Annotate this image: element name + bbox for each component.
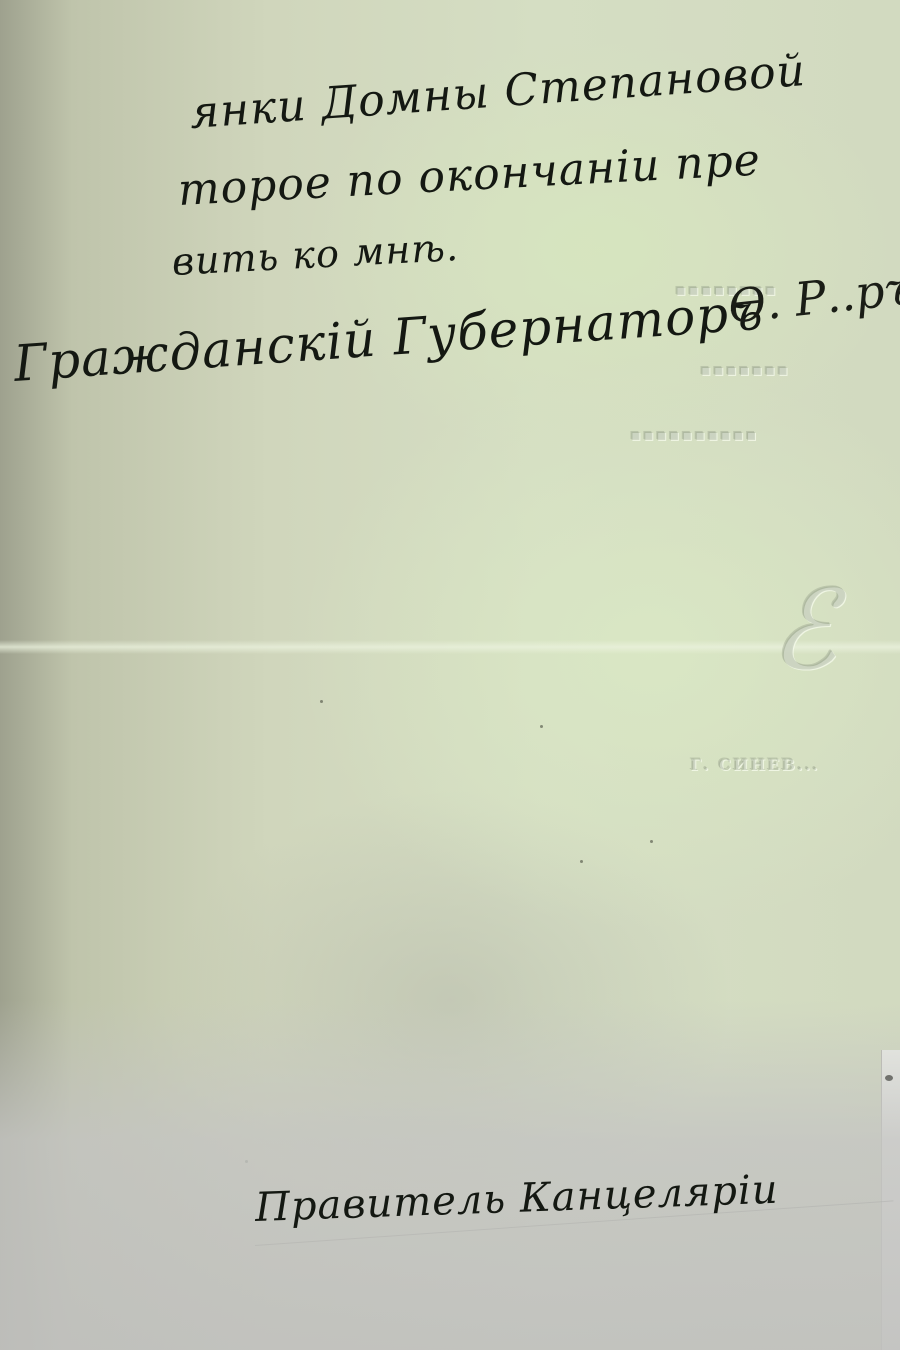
paper-speck <box>320 700 323 703</box>
governor-signature: Ѳ. Р..ръ <box>726 260 900 333</box>
paper-speck <box>540 725 543 728</box>
page-edge <box>881 1050 900 1350</box>
embossed-monogram-icon: ℰ <box>770 575 837 685</box>
ink-blot <box>885 1075 893 1081</box>
paper-fold <box>0 640 900 654</box>
governor-title: Гражданскій Губернаторъ <box>12 283 765 393</box>
embossed-stamp-line: ▪▪▪▪▪▪▪ <box>700 360 790 379</box>
paper-speck <box>245 1160 248 1163</box>
document-page: ▪▪▪▪▪▪▪▪ ▪▪▪▪▪▪▪ ▪▪▪▪▪▪▪▪▪▪ ℰ Г. СИНЕВ..… <box>0 0 900 1350</box>
embossed-stamp-label: Г. СИНЕВ... <box>690 755 820 774</box>
handwritten-line-3: вить ко мнѣ. <box>171 225 460 284</box>
paper-speck <box>580 860 583 863</box>
handwritten-line-2: торое по окончаніи пре <box>177 134 762 215</box>
embossed-stamp-line: ▪▪▪▪▪▪▪▪▪▪ <box>630 425 758 444</box>
chancellery-head-title: Правитель Канцеляріи <box>254 1167 779 1231</box>
paper-speck <box>650 840 653 843</box>
handwritten-line-1: янки Домны Степановой <box>188 45 807 139</box>
